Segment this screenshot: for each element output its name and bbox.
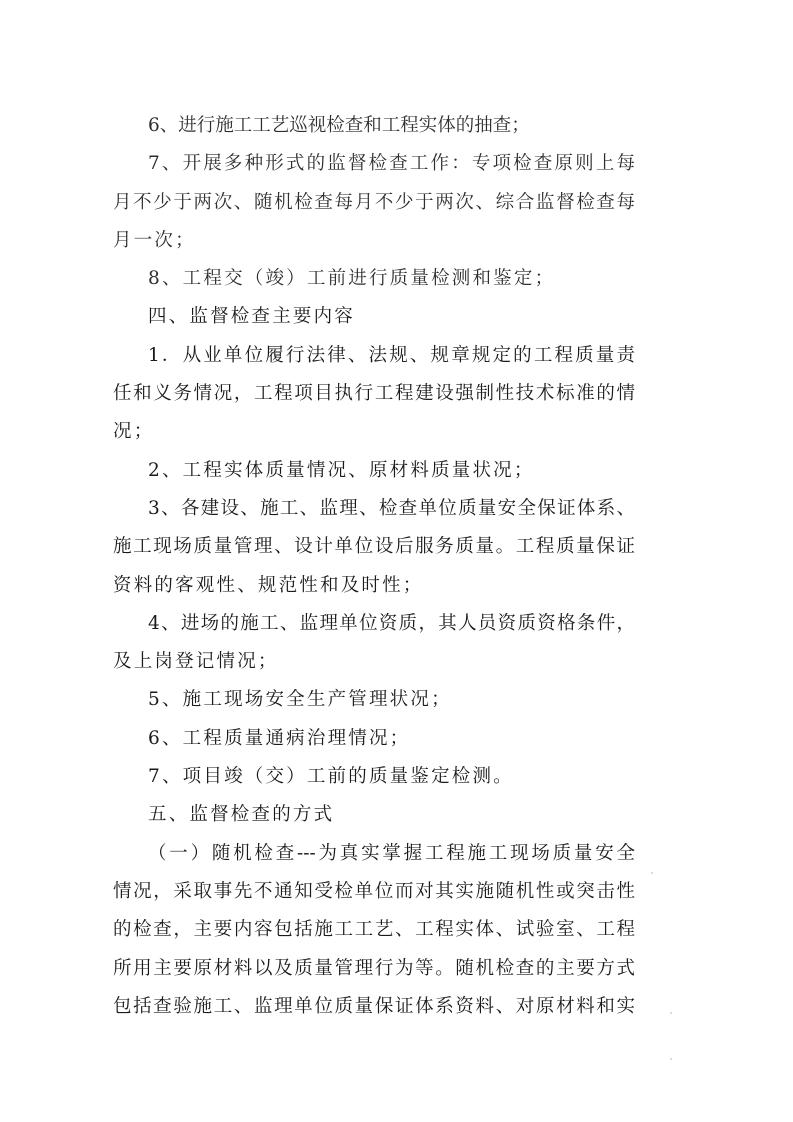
text-line-13: 资料的客观性、规范性和及时性； — [113, 567, 635, 605]
text-line-7: 1．从业单位履行法律、法规、规章规定的工程质量责 — [113, 337, 635, 375]
text-line-10: 2、工程实体质量情况、原材料质量状况； — [113, 452, 635, 490]
scan-speck — [651, 872, 653, 874]
section-heading-4: 四、监督检查主要内容 — [113, 298, 635, 336]
document-page: 6、进行施工工艺巡视检查和工程实体的抽查； 7、开展多种形式的监督检查工作：专项… — [113, 107, 635, 1026]
text-line-17: 6、工程质量通病治理情况； — [113, 720, 635, 758]
text-line-18: 7、项目竣（交）工前的质量鉴定检测。 — [113, 758, 635, 796]
text-line-15: 及上岗登记情况； — [113, 643, 635, 681]
text-line-5: 8、工程交（竣）工前进行质量检测和鉴定； — [113, 260, 635, 298]
text-line-21: 情况，采取事先不通知受检单位而对其实施随机性或突击性 — [113, 873, 635, 911]
text-line-3: 月不少于两次、随机检查每月不少于两次、综合监督检查每 — [113, 184, 635, 222]
text-line-11: 3、各建设、施工、监理、检查单位质量安全保证体系、 — [113, 490, 635, 528]
text-line-12: 施工现场质量管理、设计单位设后服务质量。工程质量保证 — [113, 528, 635, 566]
text-line-2: 7、开展多种形式的监督检查工作：专项检查原则上每 — [113, 145, 635, 183]
text-line-23: 所用主要原材料以及质量管理行为等。随机检查的主要方式 — [113, 950, 635, 988]
section-heading-5: 五、监督检查的方式 — [113, 796, 635, 834]
scan-speck — [670, 1058, 672, 1060]
text-line-22: 的检查，主要内容包括施工工艺、工程实体、试验室、工程 — [113, 911, 635, 949]
text-line-20: （一）随机检查---为真实掌握工程施工现场质量安全 — [113, 835, 635, 873]
text-line-1: 6、进行施工工艺巡视检查和工程实体的抽查； — [113, 107, 635, 145]
text-line-4: 月一次； — [113, 222, 635, 260]
text-line-9: 况； — [113, 413, 635, 451]
text-line-14: 4、进场的施工、监理单位资质，其人员资质资格条件， — [113, 605, 635, 643]
text-line-8: 任和义务情况，工程项目执行工程建设强制性技术标准的情 — [113, 375, 635, 413]
scan-speck — [670, 1012, 672, 1014]
text-line-24: 包括查验施工、监理单位质量保证体系资料、对原材料和实 — [113, 988, 635, 1026]
text-line-16: 5、施工现场安全生产管理状况； — [113, 681, 635, 719]
